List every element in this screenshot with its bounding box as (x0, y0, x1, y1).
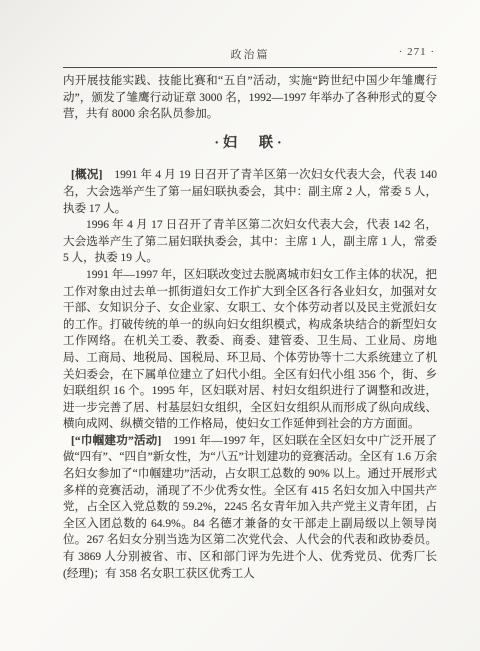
entry-overview: [概况] 1991 年 4 月 19 日召开了青羊区第一次妇女代表大会，代表 1… (63, 167, 437, 217)
entry-body: 1996 年 4 月 17 日召开了青羊区第二次妇女代表大会，代表 142 名，… (63, 219, 437, 264)
entry-headword-overview: [概况] (71, 169, 102, 181)
entry-body: 1991 年—1997 年，区妇联在全区妇女中广泛开展了做“四有”、“四自”新女… (63, 435, 437, 580)
scanned-book-page: { "page": { "header": { "chapter": "政治篇"… (0, 0, 480, 651)
chapter-title: 政治篇 (63, 46, 437, 62)
entry-second-congress: 1996 年 4 月 17 日召开了青羊区第二次妇女代表大会，代表 142 名，… (63, 217, 437, 267)
page: 政治篇 · 271 · 内开展技能实践、技能比赛和“五自”活动，实施“跨世纪中国… (0, 0, 480, 651)
entry-work-network: 1991 年—1997 年，区妇联改变过去脱离城市妇女工作主体的状况，把工作对象… (63, 267, 437, 433)
entry-headword-jinguo: [“巾帼建功”活动] (71, 435, 161, 447)
section-heading: ·妇 联· (63, 136, 437, 153)
continuation-paragraph: 内开展技能实践、技能比赛和“五自”活动，实施“跨世纪中国少年雏鹰行动”，颁发了雏… (63, 73, 437, 123)
entry-jinguo-jiangong: [“巾帼建功”活动] 1991 年—1997 年，区妇联在全区妇女中广泛开展了做… (63, 433, 437, 582)
running-header: 政治篇 · 271 · (63, 46, 437, 62)
page-body: 内开展技能实践、技能比赛和“五自”活动，实施“跨世纪中国少年雏鹰行动”，颁发了雏… (63, 73, 437, 582)
header-rule (63, 67, 437, 68)
entry-body: 1991 年—1997 年，区妇联改变过去脱离城市妇女工作主体的状况，把工作对象… (63, 269, 437, 430)
page-number: · 271 · (399, 46, 435, 58)
entry-body: 1991 年 4 月 19 日召开了青羊区第一次妇女代表大会，代表 140 名，… (63, 169, 437, 214)
